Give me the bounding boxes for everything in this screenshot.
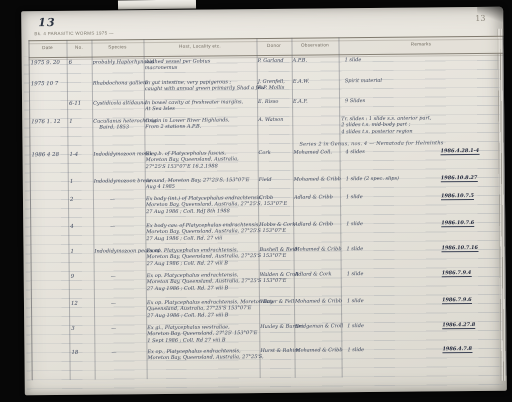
cell-donor: Bushell & Reid	[259, 247, 297, 254]
cell-observation: Mohamed & Cribb	[295, 347, 342, 354]
cell-observation: Bridgeman & Croll	[295, 323, 343, 330]
cell-no: 1	[70, 249, 73, 255]
cell-remarks: 1 slide	[347, 298, 364, 304]
cell-donor: Hobbs & Cork	[259, 222, 295, 229]
cell-no: 4	[70, 224, 73, 230]
cell-remarks: 1 slide	[347, 347, 364, 353]
col-header-species: Species	[91, 44, 143, 49]
cell-host: 27 Aug 1986 ; Coll. Rd. 27 viii B	[147, 260, 228, 267]
cell-donor: R.P. Mollis	[258, 85, 284, 92]
cell-species: —	[110, 223, 115, 229]
cell-remarks: 4 slides	[346, 149, 365, 155]
cell-no: 1	[70, 179, 73, 185]
cell-host: 27 Aug 1986 ; Coll. Rd. 27 viii	[146, 235, 222, 242]
cell-donor: Walden & Croll	[260, 272, 299, 279]
cell-date: 1976 1. 12	[31, 119, 60, 126]
cell-observation: Mohamed & Cribb	[294, 176, 341, 183]
cell-remarks: 1 slide	[346, 221, 363, 227]
cell-observation: Adlard & Cribb	[294, 221, 333, 228]
cell-donor: Hurst & Rahim	[260, 348, 299, 355]
cell-remarks: 9 Slides	[345, 98, 365, 104]
cell-host: Aug 4 1985	[146, 184, 175, 191]
cell-date: 1975 9. 20	[31, 60, 60, 67]
cell-observation: A.P.B.	[293, 58, 307, 64]
page-number-right: 13	[475, 14, 485, 23]
register-caption: Bk. 4 PARASITIC WORMS 1975 —	[34, 30, 113, 36]
cell-observation: Mohamed & Cribb	[295, 298, 342, 305]
cell-date: 1986 4 28	[32, 152, 59, 159]
cell-donor: Winter & Fell	[260, 299, 294, 306]
cell-donor: Cribb	[259, 195, 273, 201]
cell-donor: Cork	[259, 150, 271, 156]
cell-remarks: 1 slide	[346, 194, 363, 200]
cell-no: 1-4	[70, 152, 79, 158]
table-border-right	[502, 36, 506, 376]
cell-species: Cystidicola altidauna	[93, 100, 146, 107]
cell-observation: E.A.W.	[293, 79, 309, 85]
register-table: Date No. Species Host, Locality etc. Don…	[28, 36, 506, 387]
cell-species: Rhabdochona gallieni	[93, 80, 148, 87]
cell-species: —	[111, 273, 116, 279]
cell-remarks: Spirit material	[345, 78, 382, 85]
cell-registration-number: 1986.10.7.16	[441, 245, 478, 252]
cell-host: caught with annual green primarily Shad …	[145, 85, 265, 92]
cell-species: —	[111, 300, 116, 306]
cell-observation: Mohamed & Cribb	[294, 246, 341, 253]
cell-remarks: 1 slide	[346, 246, 363, 252]
cell-registration-number: 1986.10.7.5	[441, 193, 474, 200]
col-header-donor: Donor	[256, 43, 291, 48]
cell-observation: Adlard & Cork	[295, 271, 332, 278]
cell-no: 2	[70, 197, 73, 203]
cell-donor: E. Risso	[258, 99, 278, 105]
cell-species: Indodidymozoon breve	[94, 178, 152, 185]
cell-remarks: 1 slide	[347, 323, 364, 329]
col-rule-2	[91, 40, 95, 380]
cell-no: 6-11	[69, 101, 81, 107]
col-header-date: Date	[28, 45, 66, 50]
cell-no: 18	[71, 350, 78, 356]
cell-host: 27 Aug 1986 ; Coll. Rd. 27 viii B	[147, 285, 228, 292]
cell-no: 12	[71, 301, 78, 307]
cell-observation: E.A.F.	[293, 99, 308, 105]
col-header-observation: Observation	[291, 42, 338, 47]
cell-no: 6	[69, 60, 72, 66]
cell-registration-number: 1986.10.7.6	[441, 220, 474, 227]
cell-registration-number: 1986.4.7.8	[442, 346, 472, 353]
photo-of-register-page: { "page": { "page_number_left": "13", "p…	[0, 0, 512, 402]
cell-host: Moreton Bay, Queensland, Australia, 27°2…	[147, 354, 263, 361]
cell-date: 1975 10 7	[31, 81, 58, 88]
cell-donor: A. Watson	[258, 117, 283, 124]
cell-registration-number: 1986.7.9.4	[442, 270, 472, 277]
adjacent-page-edge	[118, 0, 196, 10]
section-separator-note: Series 2 in Genus, nos. 4 — Nematoda for…	[299, 140, 443, 147]
cell-species: —	[111, 325, 116, 331]
cell-host: 27°25'S 153°07'E 16.2.1988	[146, 163, 218, 170]
cell-remarks: 1 slide (2 spec. slips)	[346, 176, 399, 183]
page-number-left: 13	[38, 16, 55, 29]
cell-species: Baird, 1853	[99, 125, 129, 132]
cell-remarks: 1 slide	[345, 57, 362, 63]
cell-no: 1	[69, 119, 72, 125]
col-header-no: No.	[66, 45, 91, 50]
cell-host: 27 Aug 1986 ; Coll. RdJ 8th 1988	[146, 208, 230, 215]
cell-no: 3	[71, 326, 74, 332]
cell-remarks: 4 slides t.s. posterior region	[341, 128, 412, 135]
cell-registration-number: 1986.7.9.6	[442, 297, 472, 304]
cell-donor: Field	[259, 177, 272, 183]
cell-species: —	[110, 196, 115, 202]
cell-registration-number: 1986.4.28.1-4	[441, 148, 480, 155]
cell-species: —	[111, 349, 116, 355]
cell-donor: P. Garland	[258, 58, 284, 65]
cell-no: 9	[71, 274, 74, 280]
cell-remarks: 1 slide	[347, 271, 364, 277]
cell-host: macronemus	[145, 65, 178, 72]
cell-host: From 2 stations A.P.B.	[145, 124, 201, 131]
cell-observation: Mohamed Coll.	[294, 149, 333, 156]
cell-observation: Adlard & Cribb	[294, 194, 333, 201]
cell-host: At Sea Isles	[145, 106, 175, 113]
register-page: 13 13 Bk. 4 PARASITIC WORMS 1975 — Date …	[21, 7, 507, 396]
col-rule-1	[66, 40, 70, 380]
cell-host: 27 Aug 1986 ; Coll. Rd. 27 viii B	[147, 312, 228, 319]
cell-registration-number: 1986.10.8.27	[441, 175, 478, 182]
cell-host: 1 Sept 1986 ; Coll. Rd 27 viii B	[147, 337, 225, 344]
cell-registration-number: 1986.4.27.8	[442, 322, 475, 329]
